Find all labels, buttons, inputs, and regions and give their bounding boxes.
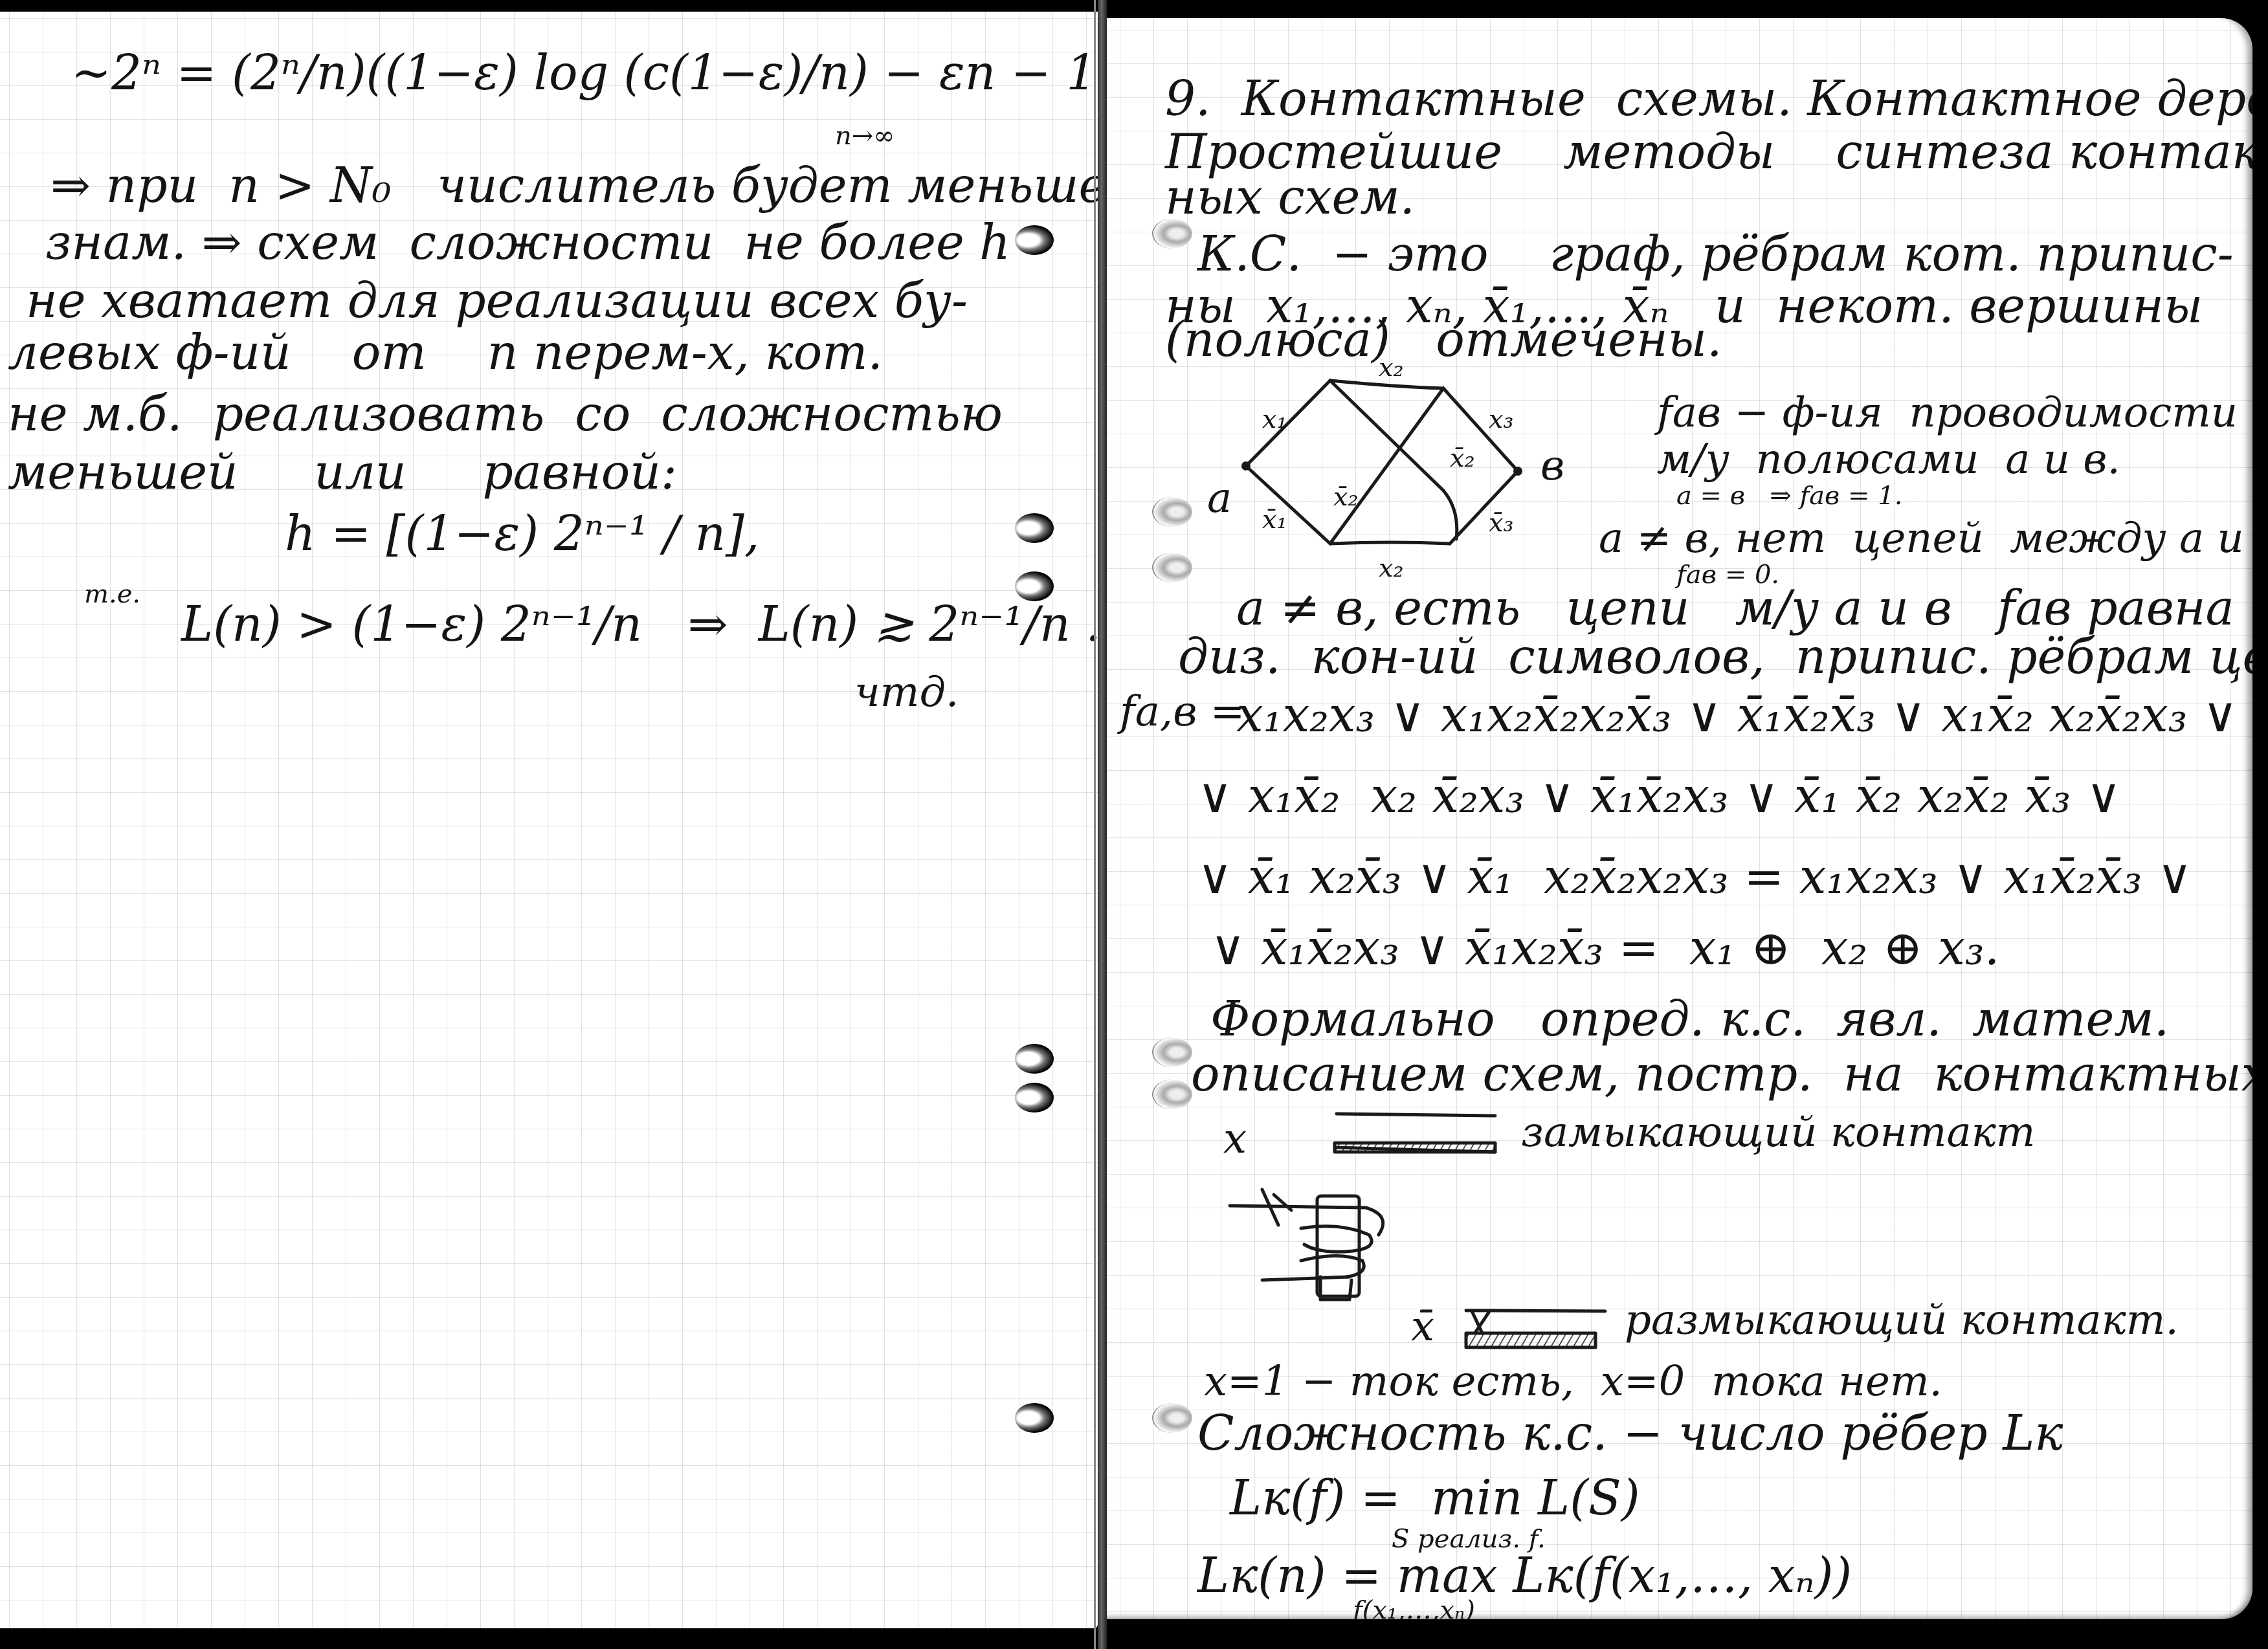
binder-hole-imprint <box>1152 497 1192 527</box>
lk-n-formula: Lк(n) = max Lк(f(x₁,…, xₙ)) <box>1197 1552 1852 1600</box>
binder-hole-imprint <box>1152 219 1192 249</box>
binder-hole <box>1015 513 1054 543</box>
binder-hole <box>1015 1044 1054 1074</box>
lk-f-formula: Lк(f) = min L(S) <box>1230 1474 1640 1522</box>
qed-mark: чтд. <box>854 672 959 713</box>
opening-contact-label: размыкающий контакт. <box>1625 1300 2179 1341</box>
lk-n-subscript: f(x₁,…,xₙ) <box>1353 1597 1475 1619</box>
paragraph-line: левых ф-ий от n перем-х, кот. <box>8 329 883 377</box>
binder-hole <box>1015 571 1054 601</box>
page-edge <box>1094 0 1096 1649</box>
binder-hole <box>1015 225 1054 255</box>
binder-hole <box>1015 1083 1054 1112</box>
binder-hole-imprint <box>1152 553 1192 582</box>
binder-hole-imprint <box>1152 1037 1192 1067</box>
right-notebook-page: 9. Контактные схемы. Контактное дерево. … <box>1107 18 2252 1619</box>
left-notebook-page: ~2ⁿ = (2ⁿ/n)((1−ε) log (c(1−ε)/n) − εn −… <box>0 12 1098 1628</box>
current-note: x=1 − ток есть, x=0 тока нет. <box>1204 1361 1942 1402</box>
binder-hole-imprint <box>1152 1079 1192 1109</box>
complexity-definition: Сложность к.с. − число рёбер Lк <box>1197 1410 2063 1457</box>
lower-bound-result: L(n) > (1−ε) 2ⁿ⁻¹/n ⇒ L(n) ≳ 2ⁿ⁻¹/n . <box>181 601 1098 648</box>
h-formula: h = [(1−ε) 2ⁿ⁻¹ / n], <box>285 510 759 558</box>
paragraph-line: знам. ⇒ схем сложности не более h <box>45 219 1010 267</box>
paragraph-line: меньшей или равной: <box>8 448 677 496</box>
limit-subscript: n→∞ <box>835 123 895 149</box>
asymptotic-formula: ~2ⁿ = (2ⁿ/n)((1−ε) log (c(1−ε)/n) − εn −… <box>71 49 1098 97</box>
binder-hole <box>1015 1403 1054 1433</box>
notebook-spine <box>1098 0 1107 1649</box>
paragraph-line: не хватает для реализации всех бу- <box>26 277 968 325</box>
te-label: т.е. <box>84 581 140 607</box>
paragraph-line: не м.б. реализовать со сложностью <box>8 390 1003 438</box>
paragraph-line: ⇒ при n > N₀ числитель будет меньше <box>50 162 1098 210</box>
binder-hole-imprint <box>1152 1403 1192 1433</box>
